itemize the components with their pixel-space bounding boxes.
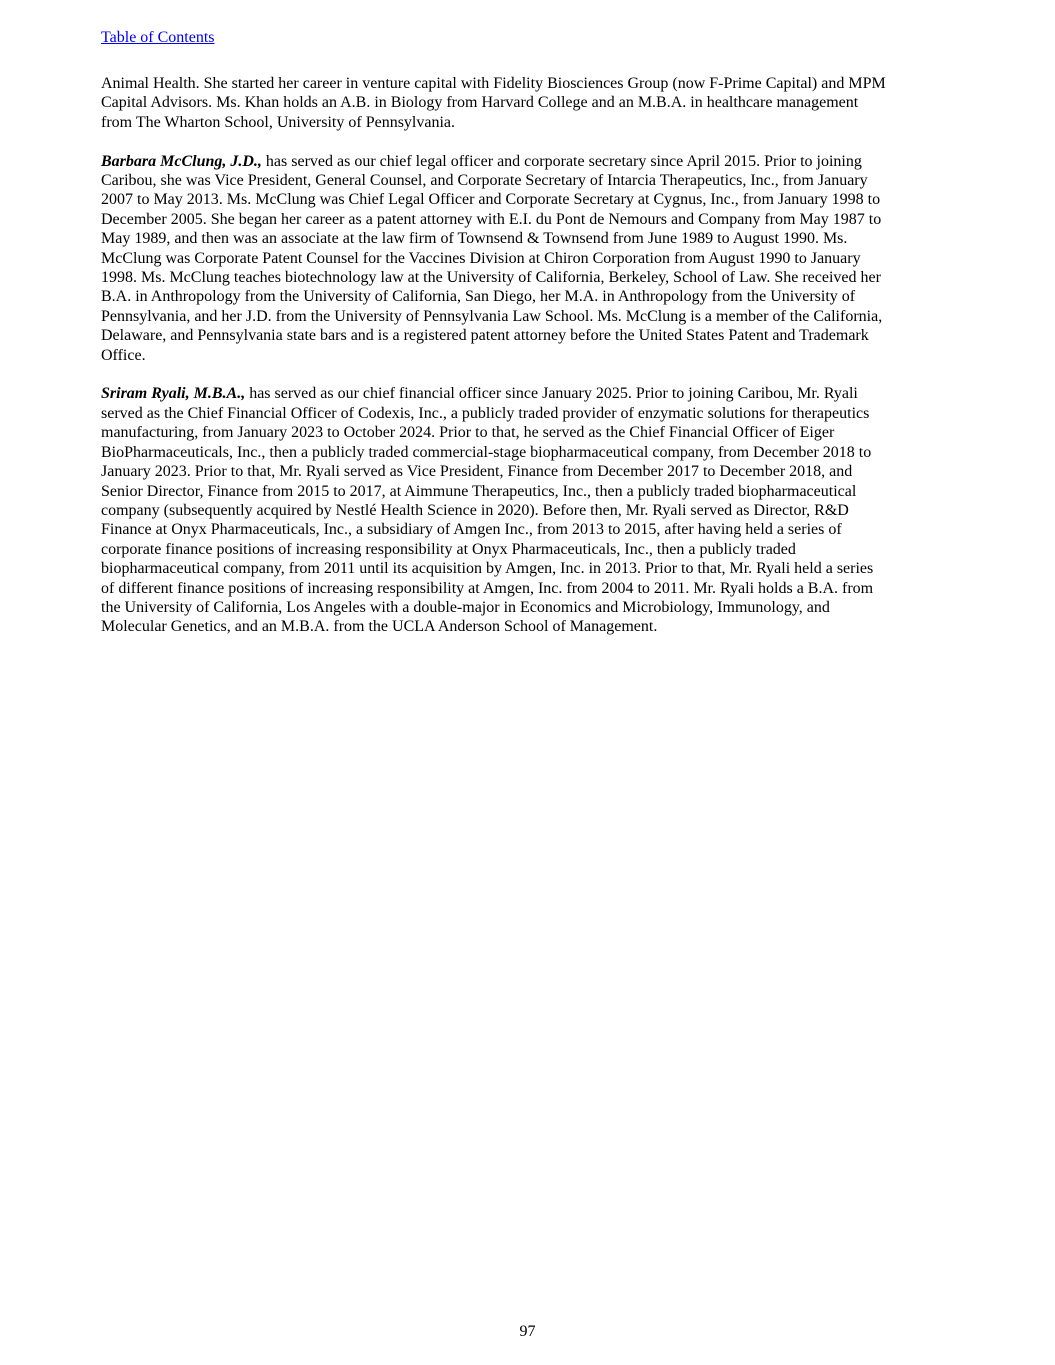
text-line: Finance at Onyx Pharmaceuticals, Inc., a… (101, 520, 961, 539)
bio-first-line-text: has served as our chief legal officer an… (262, 153, 862, 170)
bio-first-line-text: has served as our chief financial office… (245, 385, 858, 402)
paragraph-spacer (101, 132, 961, 151)
text-line: BioPharmaceuticals, Inc., then a publicl… (101, 443, 961, 462)
text-line: Animal Health. She started her career in… (101, 74, 961, 93)
document-body: Animal Health. She started her career in… (101, 74, 961, 637)
bio-name-ryali: Sriram Ryali, M.B.A., (101, 385, 245, 402)
text-line: biopharmaceutical company, from 2011 unt… (101, 559, 961, 578)
text-line: December 2005. She began her career as a… (101, 210, 961, 229)
text-line: Capital Advisors. Ms. Khan holds an A.B.… (101, 93, 961, 112)
text-line: May 1989, and then was an associate at t… (101, 229, 961, 248)
text-line: McClung was Corporate Patent Counsel for… (101, 249, 961, 268)
text-line: the University of California, Los Angele… (101, 598, 961, 617)
text-line: corporate finance positions of increasin… (101, 540, 961, 559)
bio-name-mcclung: Barbara McClung, J.D., (101, 153, 262, 170)
paragraph-ryali-bio: Sriram Ryali, M.B.A., has served as our … (101, 384, 961, 636)
text-line: manufacturing, from January 2023 to Octo… (101, 423, 961, 442)
text-line: 2007 to May 2013. Ms. McClung was Chief … (101, 190, 961, 209)
text-line: Sriram Ryali, M.B.A., has served as our … (101, 384, 961, 403)
text-line: Delaware, and Pennsylvania state bars an… (101, 326, 961, 345)
text-line: Pennsylvania, and her J.D. from the Univ… (101, 307, 961, 326)
text-line: Office. (101, 346, 961, 365)
text-line: Molecular Genetics, and an M.B.A. from t… (101, 617, 961, 636)
text-line: served as the Chief Financial Officer of… (101, 404, 961, 423)
text-line: 1998. Ms. McClung teaches biotechnology … (101, 268, 961, 287)
paragraph-mcclung-bio: Barbara McClung, J.D., has served as our… (101, 152, 961, 365)
paragraph-spacer (101, 365, 961, 384)
text-line: January 2023. Prior to that, Mr. Ryali s… (101, 462, 961, 481)
page-number: 97 (0, 1322, 1055, 1341)
text-line: from The Wharton School, University of P… (101, 113, 961, 132)
text-line: Barbara McClung, J.D., has served as our… (101, 152, 961, 171)
text-line: company (subsequently acquired by Nestlé… (101, 501, 961, 520)
text-line: B.A. in Anthropology from the University… (101, 287, 961, 306)
text-line: Caribou, she was Vice President, General… (101, 171, 961, 190)
table-of-contents-link[interactable]: Table of Contents (101, 28, 215, 47)
text-line: Senior Director, Finance from 2015 to 20… (101, 482, 961, 501)
text-line: of different finance positions of increa… (101, 579, 961, 598)
paragraph-khan-bio-continuation: Animal Health. She started her career in… (101, 74, 961, 132)
